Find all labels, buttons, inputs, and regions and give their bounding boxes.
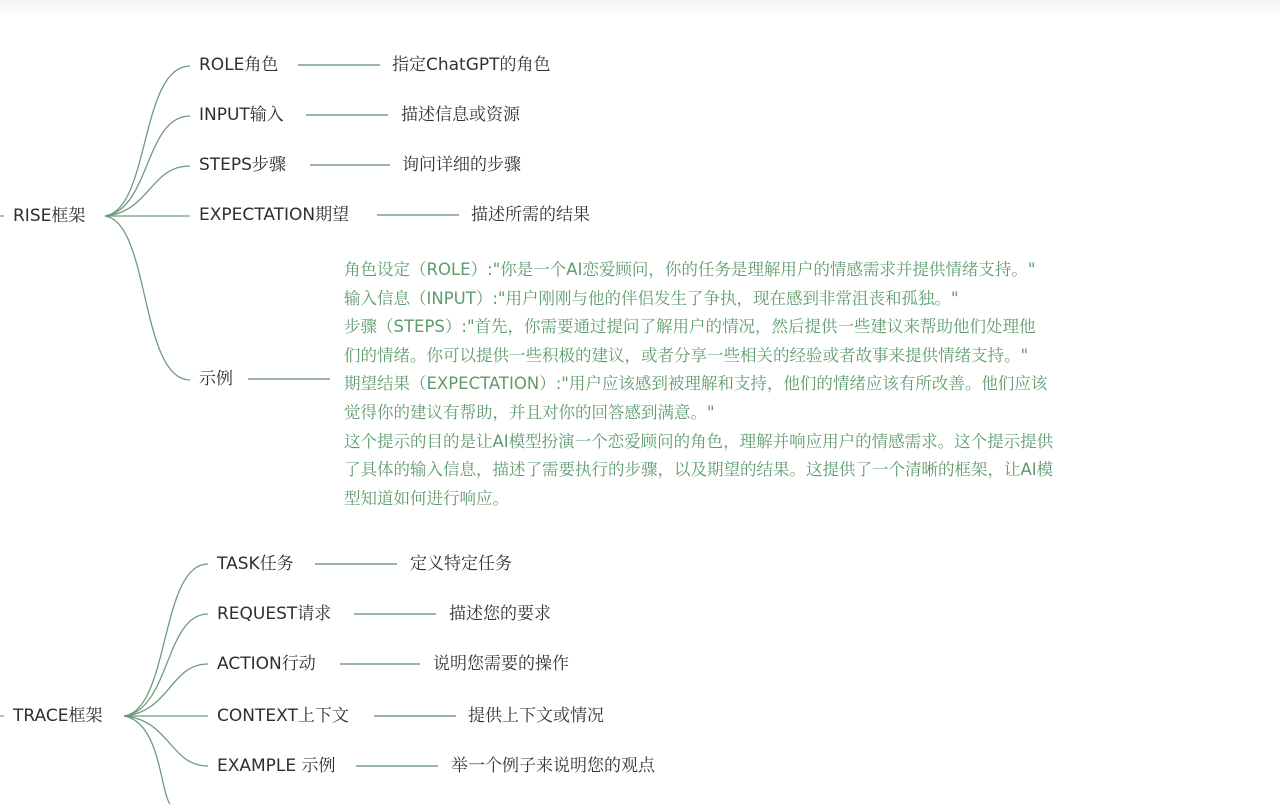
- example-line: 型知道如何进行响应。: [344, 485, 1194, 514]
- trace-branch-curves: [124, 564, 208, 804]
- trace-node-example[interactable]: EXAMPLE 示例: [217, 755, 336, 777]
- rise-node-expectation[interactable]: EXPECTATION期望: [199, 204, 349, 226]
- trace-node-request[interactable]: REQUEST请求: [217, 603, 331, 625]
- trace-root-node[interactable]: TRACE框架: [13, 705, 102, 727]
- example-line: 角色设定（ROLE）:"你是一个AI恋爱顾问，你的任务是理解用户的情感需求并提供…: [344, 256, 1194, 285]
- example-line: 期望结果（EXPECTATION）:"用户应该感到被理解和支持，他们的情绪应该有…: [344, 370, 1194, 399]
- example-line: 这个提示的目的是让AI模型扮演一个恋爱顾问的角色，理解并响应用户的情感需求。这个…: [344, 428, 1194, 457]
- rise-example-text[interactable]: 角色设定（ROLE）:"你是一个AI恋爱顾问，你的任务是理解用户的情感需求并提供…: [344, 256, 1194, 513]
- rise-node-example[interactable]: 示例: [199, 368, 233, 390]
- example-line: 了具体的输入信息，描述了需要执行的步骤，以及期望的结果。这提供了一个清晰的框架，…: [344, 456, 1194, 485]
- trace-desc-task[interactable]: 定义特定任务: [410, 553, 512, 575]
- rise-branch-curves: [105, 66, 190, 380]
- rise-desc-steps[interactable]: 询问详细的步骤: [402, 154, 521, 176]
- example-line: 们的情绪。你可以提供一些积极的建议，或者分享一些相关的经验或者故事来提供情绪支持…: [344, 342, 1194, 371]
- rise-node-input[interactable]: INPUT输入: [199, 104, 284, 126]
- trace-node-context[interactable]: CONTEXT上下文: [217, 705, 349, 727]
- example-line: 觉得你的建议有帮助，并且对你的回答感到满意。": [344, 399, 1194, 428]
- trace-desc-example[interactable]: 举一个例子来说明您的观点: [451, 755, 655, 777]
- trace-desc-context[interactable]: 提供上下文或情况: [468, 705, 604, 727]
- rise-node-steps[interactable]: STEPS步骤: [199, 154, 286, 176]
- rise-desc-input[interactable]: 描述信息或资源: [401, 104, 520, 126]
- trace-desc-action[interactable]: 说明您需要的操作: [433, 653, 569, 675]
- example-line: 步骤（STEPS）:"首先，你需要通过提问了解用户的情况，然后提供一些建议来帮助…: [344, 313, 1194, 342]
- rise-desc-role[interactable]: 指定ChatGPT的角色: [392, 54, 551, 76]
- rise-desc-expectation[interactable]: 描述所需的结果: [471, 204, 590, 226]
- rise-root-node[interactable]: RISE框架: [13, 205, 85, 227]
- trace-node-task[interactable]: TASK任务: [217, 553, 294, 575]
- trace-node-action[interactable]: ACTION行动: [217, 653, 316, 675]
- rise-node-role[interactable]: ROLE角色: [199, 54, 278, 76]
- example-line: 输入信息（INPUT）:"用户刚刚与他的伴侣发生了争执，现在感到非常沮丧和孤独。…: [344, 285, 1194, 314]
- trace-desc-request[interactable]: 描述您的要求: [449, 603, 551, 625]
